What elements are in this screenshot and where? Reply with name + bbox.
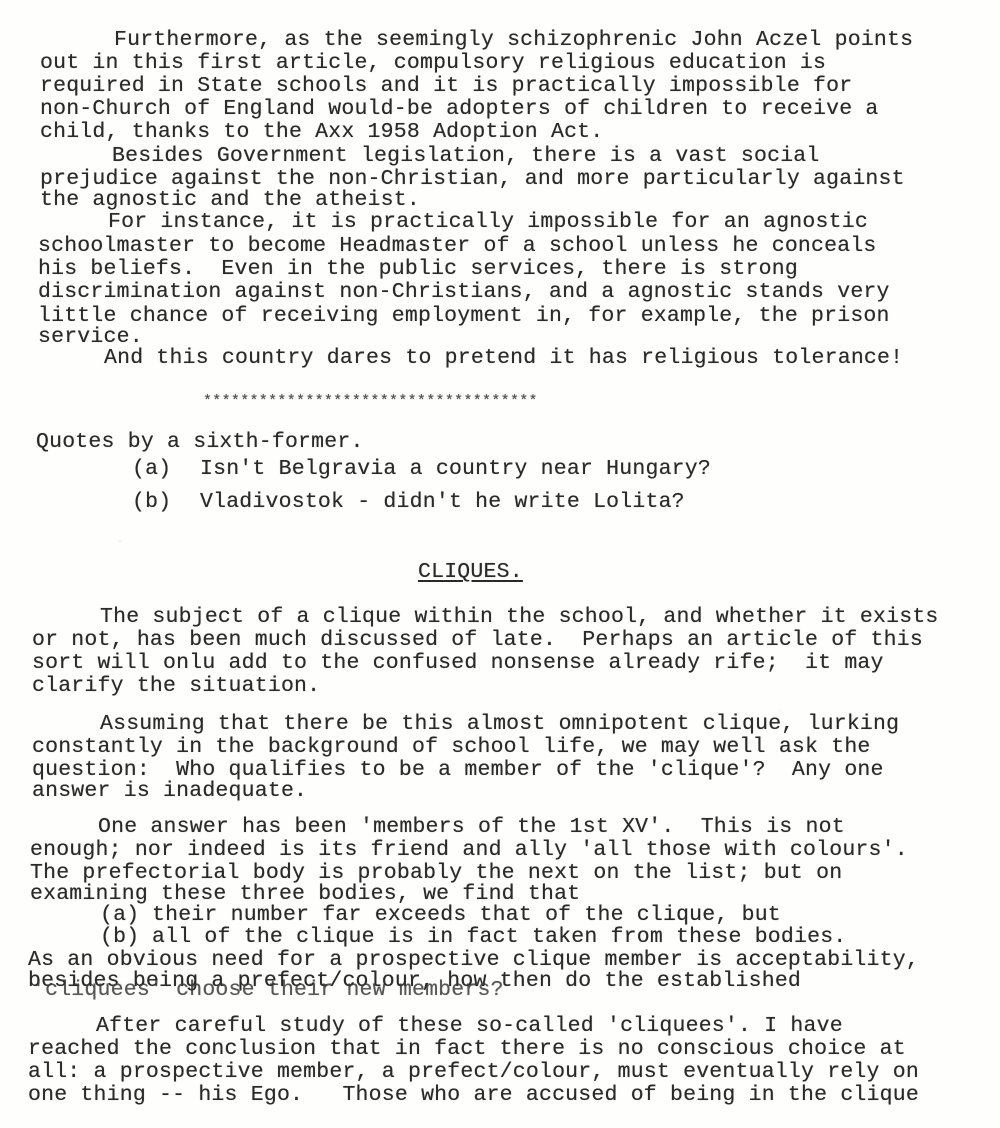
list-marker: (b) (100, 925, 139, 949)
text-line: the agnostic and the atheist. (40, 188, 420, 212)
list-text: all of the clique is in fact taken from … (152, 925, 846, 949)
asterisk-separator: ************************************ (203, 390, 538, 414)
text-line: One answer has been 'members of the 1st … (98, 815, 845, 839)
text-line: For instance, it is practically impossib… (108, 210, 868, 234)
text-line: non-Church of England would-be adopters … (40, 97, 879, 121)
quote-text: Vladivostok - didn't he write Lolita? (200, 490, 685, 514)
list-marker: (a) (100, 903, 139, 927)
text-line: clarify the situation. (32, 674, 320, 698)
section-heading: CLIQUES. (418, 560, 523, 584)
text-line: sort will onlu add to the confused nonse… (32, 651, 884, 675)
text-line: little chance of receiving employment in… (38, 304, 890, 328)
quote-text: Isn't Belgravia a country near Hungary? (200, 457, 711, 481)
text-line: discrimination against non-Christians, a… (38, 280, 890, 304)
text-line: reached the conclusion that in fact ther… (28, 1037, 906, 1061)
quote-marker: (b) (132, 490, 171, 514)
text-line: constantly in the background of school l… (32, 735, 871, 759)
text-line: out in this first article, compulsory re… (40, 51, 826, 75)
text-line: schoolmaster to become Headmaster of a s… (38, 234, 877, 258)
text-line: his beliefs. Even in the public services… (38, 257, 798, 281)
text-line: After careful study of these so-called '… (96, 1014, 843, 1038)
text-line: or not, has been much discussed of late.… (32, 628, 923, 652)
text-line: The subject of a clique within the schoo… (100, 605, 939, 629)
text-line: required in State schools and it is prac… (40, 74, 852, 98)
text-line: And this country dares to pretend it has… (104, 346, 903, 370)
text-line: all: a prospective member, a prefect/col… (28, 1060, 919, 1084)
text-line: Assuming that there be this almost omnip… (100, 712, 899, 736)
text-line: one thing -- his Ego. Those who are accu… (28, 1083, 919, 1107)
text-line: answer is inadequate. (32, 779, 307, 803)
quote-marker: (a) (132, 457, 171, 481)
text-line: Furthermore, as the seemingly schizophre… (114, 28, 913, 52)
quotes-intro: Quotes by a sixth-former. (36, 430, 364, 454)
list-text: their number far exceeds that of the cli… (152, 903, 781, 927)
text-line: Besides Government legislation, there is… (112, 144, 820, 168)
overtyped-text-line: 'cliquees' choose their new members? (32, 978, 504, 1002)
typewritten-page: Furthermore, as the seemingly schizophre… (0, 0, 1000, 1128)
text-line: child, thanks to the Axx 1958 Adoption A… (40, 120, 603, 144)
text-line: enough; nor indeed is its friend and all… (30, 838, 908, 862)
